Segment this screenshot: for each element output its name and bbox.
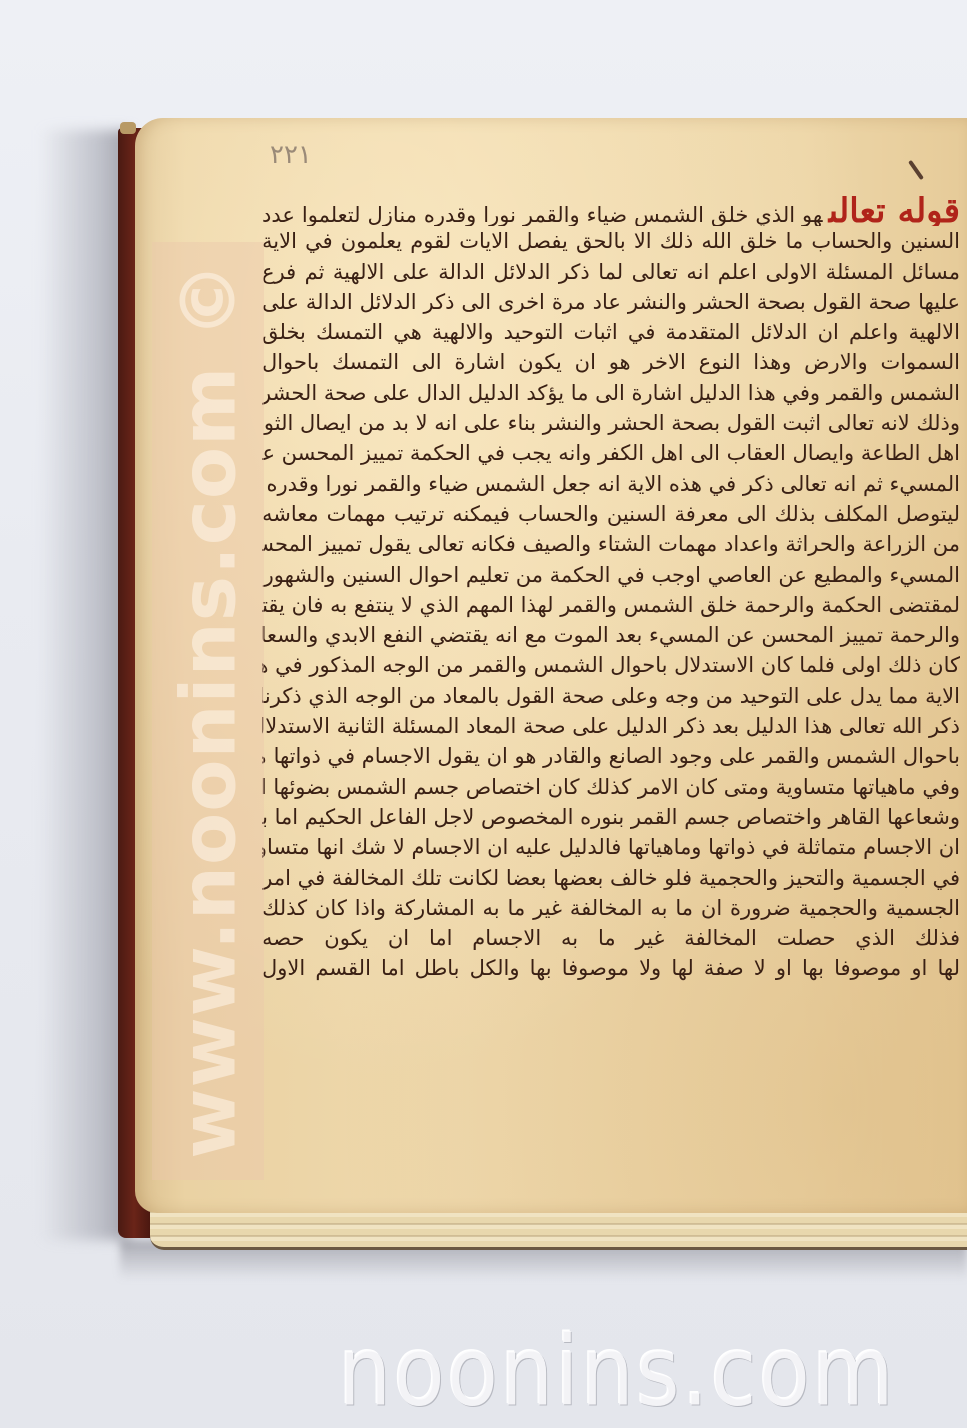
text-line: عليها صحة القول بصحة الحشر والنشر عاد مر… — [262, 287, 960, 317]
text-line: والرحمة تمييز المحسن عن المسيء بعد الموت… — [262, 620, 960, 650]
manuscript-text-block: قوله تعالىهو الذي خلق الشمس ضياء والقمر … — [262, 196, 960, 1096]
text-line: فذلك الذي حصلت المخالفة غير ما به الاجسا… — [262, 923, 960, 953]
text-line: السنين والحساب ما خلق الله ذلك الا بالحق… — [262, 226, 960, 256]
text-line: من الزراعة والحراثة واعداد مهمات الشتاء … — [262, 529, 960, 559]
text-line: اهل الطاعة وايصال العقاب الى اهل الكفر و… — [262, 438, 960, 468]
text-line: باحوال الشمس والقمر على وجود الصانع والق… — [262, 741, 960, 771]
text-line: الجسمية والحجمية ضرورة ان ما به المخالفة… — [262, 893, 960, 923]
text-line: المسيء والمطيع عن العاصي اوجب في الحكمة … — [262, 560, 960, 590]
rubric-heading: قوله تعالى — [829, 196, 960, 226]
bottom-watermark: noonins.com — [338, 1315, 896, 1428]
folio-number: ٢٢١ — [270, 140, 312, 170]
cover-headband — [120, 122, 136, 134]
text-line: السموات والارض وهذا النوع الاخر هو ان يك… — [262, 347, 960, 377]
text-line: المسيء ثم انه تعالى ذكر في هذه الاية انه… — [262, 469, 960, 499]
text-line: الشمس والقمر وفي هذا الدليل اشارة الى ما… — [262, 378, 960, 408]
text-line: قوله تعالىهو الذي خلق الشمس ضياء والقمر … — [262, 196, 960, 226]
book-shadow-left — [40, 130, 130, 1240]
text-line: في الجسمية والتحيز والحجمية فلو خالف بعض… — [262, 863, 960, 893]
text-line: مسائل المسئلة الاولى اعلم انه تعالى لما … — [262, 257, 960, 287]
text-line: الالهية واعلم ان الدلائل المتقدمة في اثب… — [262, 317, 960, 347]
side-watermark: www.noonins.com © — [164, 261, 253, 1158]
text-line: ذكر الله تعالى هذا الدليل بعد ذكر الدليل… — [262, 711, 960, 741]
text-line: وذلك لانه تعالى اثبت القول بصحة الحشر وا… — [262, 408, 960, 438]
text-line: لمقتضى الحكمة والرحمة خلق الشمس والقمر ل… — [262, 590, 960, 620]
text-line: لها او موصوفا بها او لا صفة لها ولا موصو… — [262, 953, 960, 983]
text-line: وفي ماهياتها متساوية ومتى كان الامر كذلك… — [262, 772, 960, 802]
text-line: الاية مما يدل على التوحيد من وجه وعلى صح… — [262, 681, 960, 711]
text-line: وشعاعها القاهر واختصاص جسم القمر بنوره ا… — [262, 802, 960, 832]
text-line: كان ذلك اولى فلما كان الاستدلال باحوال ا… — [262, 650, 960, 680]
text-line: ان الاجسام متماثلة في ذواتها وماهياتها ف… — [262, 832, 960, 862]
text-line: ليتوصل المكلف بذلك الى معرفة السنين والح… — [262, 499, 960, 529]
